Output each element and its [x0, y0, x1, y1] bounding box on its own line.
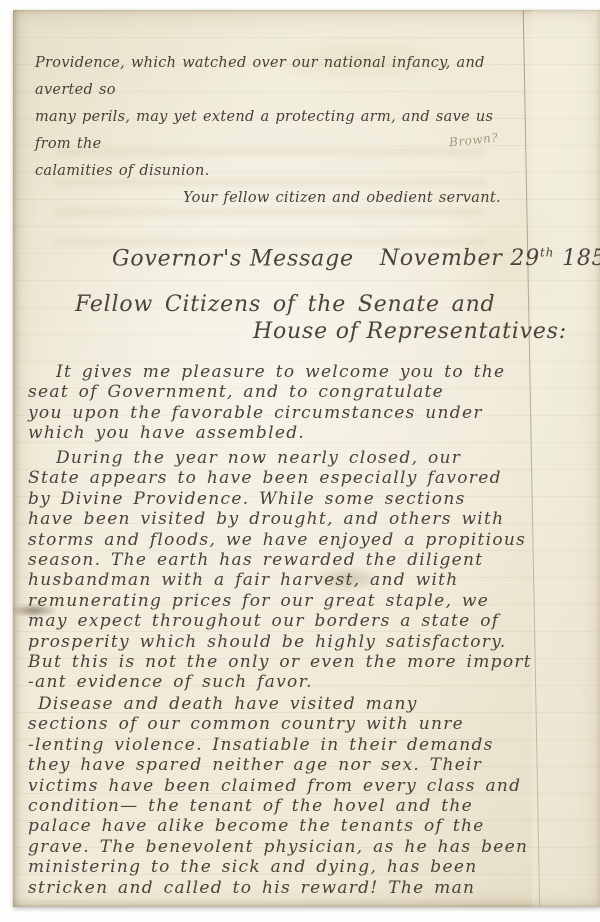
manuscript-line: calamities of disunion.: [35, 158, 513, 185]
manuscript-line: they have spared neither age nor sex. Th…: [28, 755, 524, 775]
manuscript-line: season. The earth has rewarded the dilig…: [28, 550, 524, 570]
manuscript-line: State appears to have been especially fa…: [28, 468, 524, 488]
manuscript-line: prosperity which should be highly satisf…: [28, 632, 524, 652]
manuscript-line: victims have been claimed from every cla…: [28, 776, 524, 796]
manuscript-line: storms and floods, we have enjoyed a pro…: [28, 530, 524, 550]
manuscript-line: many perils, may yet extend a protecting…: [35, 104, 513, 158]
title-date: November 29th 1854: [380, 246, 600, 271]
manuscript-line: palace have alike become the tenants of …: [28, 816, 524, 836]
manuscript-page: Providence, which watched over our natio…: [13, 10, 600, 907]
manuscript-line: -lenting violence. Insatiable in their d…: [28, 735, 524, 755]
manuscript-line: stricken and called to his reward! The m…: [28, 878, 524, 898]
manuscript-line: husbandman with a fair harvest, and with: [28, 570, 524, 590]
salutation-line: Fellow Citizens of the Senate and: [75, 292, 495, 317]
manuscript-line: you upon the favorable circumstances und…: [28, 403, 524, 423]
manuscript-line: Disease and death have visited many: [28, 694, 524, 714]
manuscript-line: remunerating prices for our great staple…: [28, 591, 524, 611]
manuscript-line: During the year now nearly closed, our: [28, 448, 524, 468]
date-ordinal: th: [540, 246, 554, 260]
manuscript-line: Providence, which watched over our natio…: [35, 50, 513, 104]
manuscript-line: seat of Government, and to congratulate: [28, 382, 524, 402]
date-day: November 29: [380, 246, 540, 271]
manuscript-line: sections of our common country with unre: [28, 714, 524, 734]
paragraph: During the year now nearly closed, our S…: [28, 448, 524, 693]
margin-strip: [532, 10, 600, 907]
signature-line: Your fellow citizen and obedient servant…: [183, 185, 513, 212]
page-title: Governor's MessageNovember 29th 1854: [112, 246, 600, 271]
manuscript-line: It gives me pleasure to welcome you to t…: [28, 362, 524, 382]
manuscript-line: But this is not the only or even the mor…: [28, 652, 524, 672]
manuscript-line: -ant evidence of such favor.: [28, 672, 524, 692]
manuscript-line: may expect throughout our borders a stat…: [28, 611, 524, 631]
paragraph: It gives me pleasure to welcome you to t…: [28, 362, 524, 444]
salutation-line: House of Representatives:: [253, 319, 567, 344]
paragraph: Disease and death have visited many sect…: [28, 694, 524, 898]
manuscript-line: grave. The benevolent physician, as he h…: [28, 837, 524, 857]
manuscript-line: have been visited by drought, and others…: [28, 509, 524, 529]
manuscript-line: which you have assembled.: [28, 423, 524, 443]
manuscript-line: condition— the tenant of the hovel and t…: [28, 796, 524, 816]
manuscript-line: ministering to the sick and dying, has b…: [28, 857, 524, 877]
manuscript-line: by Divine Providence. While some section…: [28, 489, 524, 509]
closing-passage: Providence, which watched over our natio…: [35, 50, 513, 212]
date-year: 1854: [562, 246, 600, 271]
title-text: Governor's Message: [112, 246, 354, 271]
